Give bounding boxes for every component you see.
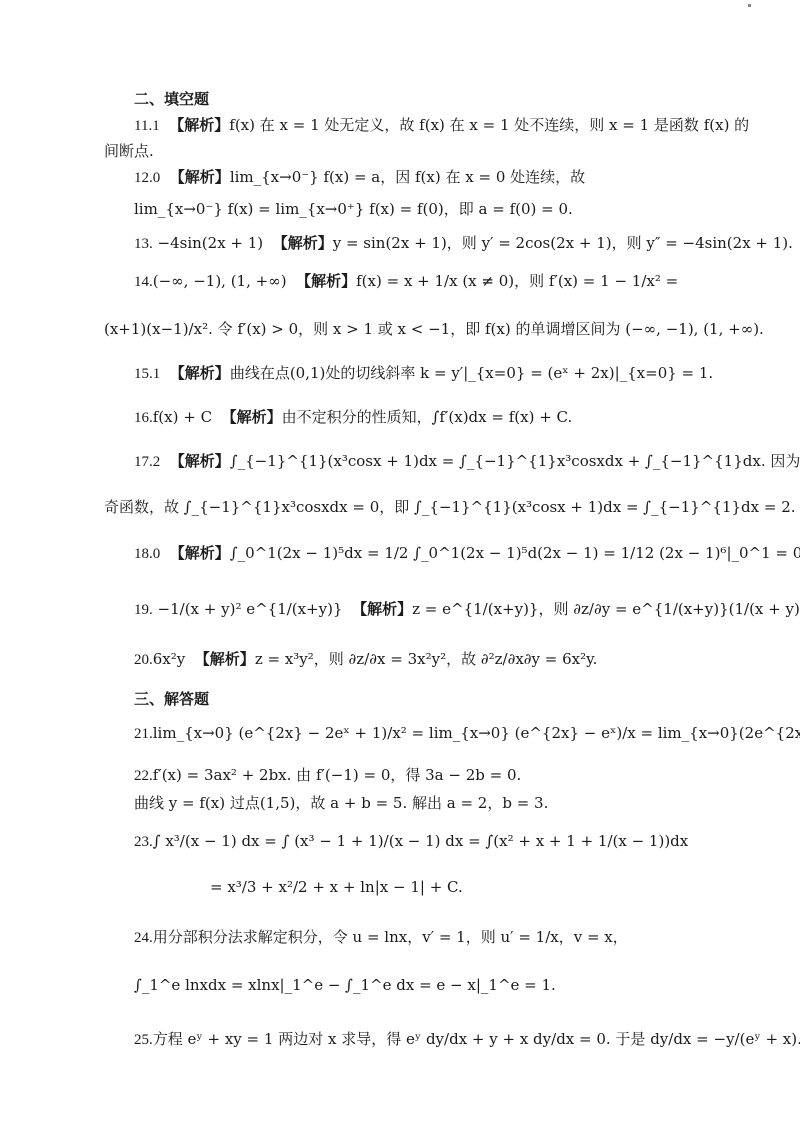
item-12: 12.0 【解析】lim_{x→0⁻} f(x) = a，因 f(x) 在 x …	[134, 168, 585, 187]
section-fill-blank: 二、填空题	[134, 90, 209, 108]
item-24: 24.用分部积分法求解定积分，令 u = lnx，v′ = 1，则 u′ = 1…	[134, 928, 628, 947]
item-12-cont: lim_{x→0⁻} f(x) = lim_{x→0⁺} f(x) = f(0)…	[134, 200, 573, 218]
item-23-cont: = x³/3 + x²/2 + x + ln|x − 1| + C.	[210, 878, 463, 896]
item-19: 19. −1/(x + y)² e^{1/(x+y)} 【解析】z = e^{1…	[134, 600, 800, 619]
item-24-cont: ∫_1^e lnxdx = xlnx|_1^e − ∫_1^e dx = e −…	[134, 976, 556, 994]
item-14-cont: (x+1)(x−1)/x². 令 f′(x) > 0，则 x > 1 或 x <…	[104, 320, 764, 338]
answer-page: 二、填空题 11.1 【解析】f(x) 在 x = 1 处无定义，故 f(x) …	[0, 0, 800, 1145]
item-22-cont: 曲线 y = f(x) 过点(1,5)，故 a + b = 5. 解出 a = …	[134, 794, 548, 812]
item-16: 16.f(x) + C 【解析】由不定积分的性质知，∫f′(x)dx = f(x…	[134, 408, 572, 427]
item-20: 20.6x²y 【解析】z = x³y²，则 ∂z/∂x = 3x²y²，故 ∂…	[134, 650, 597, 669]
item-14: 14.(−∞, −1), (1, +∞) 【解析】f(x) = x + 1/x …	[134, 272, 678, 291]
scan-mark	[748, 4, 751, 7]
item-23: 23.∫ x³/(x − 1) dx = ∫ (x³ − 1 + 1)/(x −…	[134, 832, 688, 851]
item-17: 17.2 【解析】∫_{−1}^{1}(x³cosx + 1)dx = ∫_{−…	[134, 452, 800, 471]
section-answers: 三、解答题	[134, 690, 209, 708]
item-17-cont: 奇函数，故 ∫_{−1}^{1}x³cosxdx = 0，即 ∫_{−1}^{1…	[104, 498, 796, 516]
item-18: 18.0 【解析】∫_0^1(2x − 1)⁵dx = 1/2 ∫_0^1(2x…	[134, 544, 800, 563]
item-22: 22.f′(x) = 3ax² + 2bx. 由 f′(−1) = 0，得 3a…	[134, 766, 521, 785]
item-21: 21.lim_{x→0} (e^{2x} − 2eˣ + 1)/x² = lim…	[134, 724, 800, 743]
item-11: 11.1 【解析】f(x) 在 x = 1 处无定义，故 f(x) 在 x = …	[134, 116, 749, 135]
item-11-cont: 间断点.	[104, 142, 154, 160]
item-25: 25.方程 eʸ + xy = 1 两边对 x 求导，得 eʸ dy/dx + …	[134, 1030, 800, 1049]
item-15: 15.1 【解析】曲线在点(0,1)处的切线斜率 k = y′|_{x=0} =…	[134, 364, 713, 383]
item-13: 13. −4sin(2x + 1) 【解析】y = sin(2x + 1)，则 …	[134, 234, 793, 253]
